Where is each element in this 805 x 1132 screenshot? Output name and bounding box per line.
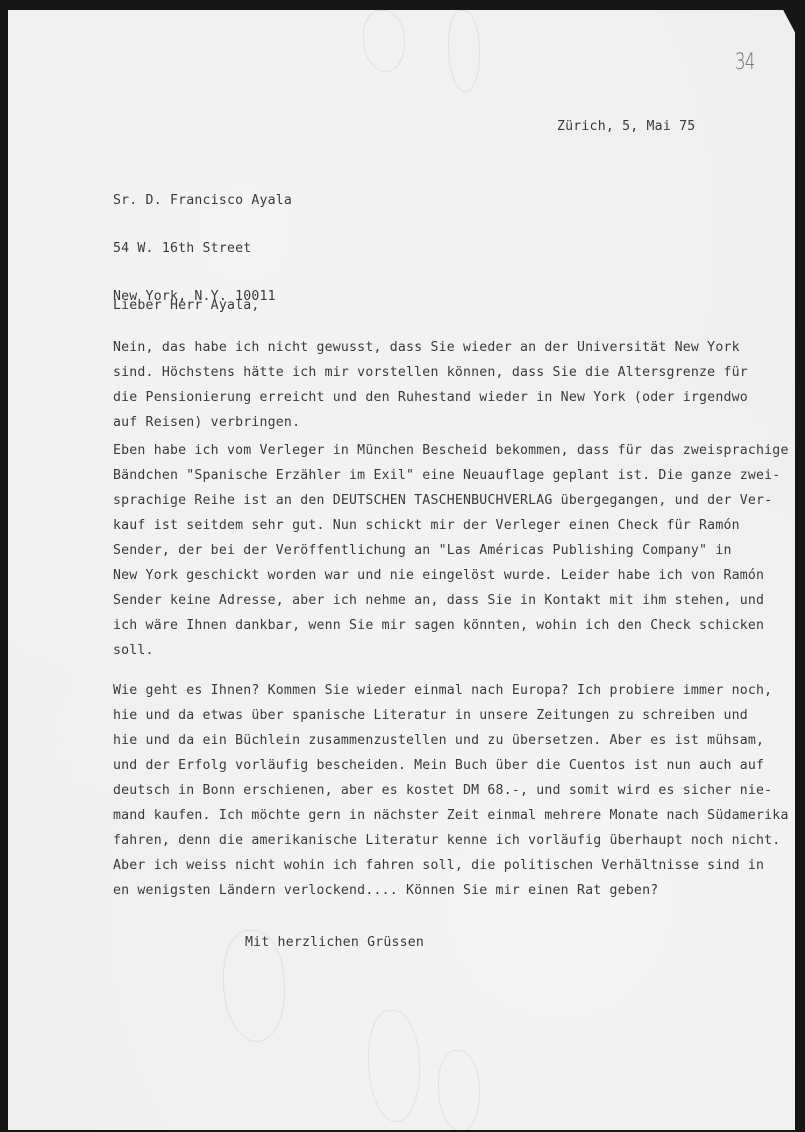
handwritten-page-number: 34 [735, 50, 755, 75]
bleed-through-mark [448, 10, 480, 92]
closing: Mit herzlichen Grüssen [245, 935, 424, 950]
bleed-through-mark [368, 1010, 420, 1122]
text-line: Sender keine Adresse, aber ich nehme an,… [113, 588, 789, 613]
text-line: auf Reisen) verbringen. [113, 410, 748, 435]
text-line: mand kaufen. Ich möchte gern in nächster… [113, 803, 789, 828]
bleed-through-mark [438, 1050, 480, 1132]
text-line: die Pensionierung erreicht und den Ruhes… [113, 385, 748, 410]
text-line: sind. Höchstens hätte ich mir vorstellen… [113, 360, 748, 385]
text-line: en wenigsten Ländern verlockend.... Könn… [113, 878, 789, 903]
text-line: Nein, das habe ich nicht gewusst, dass S… [113, 335, 748, 360]
paragraph-3: Wie geht es Ihnen? Kommen Sie wieder ein… [113, 678, 789, 903]
text-line: hie und da ein Büchlein zusammenzustelle… [113, 728, 789, 753]
text-line: sprachige Reihe ist an den DEUTSCHEN TAS… [113, 488, 789, 513]
text-line: Wie geht es Ihnen? Kommen Sie wieder ein… [113, 678, 789, 703]
text-line: kauf ist seitdem sehr gut. Nun schickt m… [113, 513, 789, 538]
dateline: Zürich, 5, Mai 75 [557, 119, 695, 134]
paragraph-1: Nein, das habe ich nicht gewusst, dass S… [113, 335, 748, 435]
text-line: und der Erfolg vorläufig bescheiden. Mei… [113, 753, 789, 778]
text-line: New York geschickt worden war und nie ei… [113, 563, 789, 588]
recipient-name: Sr. D. Francisco Ayala [113, 192, 292, 210]
bleed-through-mark [363, 10, 405, 72]
text-line: soll. [113, 638, 789, 663]
recipient-street: 54 W. 16th Street [113, 240, 292, 258]
text-line: Sender, der bei der Veröffentlichung an … [113, 538, 789, 563]
paragraph-2: Eben habe ich vom Verleger in München Be… [113, 438, 789, 663]
text-line: ich wäre Ihnen dankbar, wenn Sie mir sag… [113, 613, 789, 638]
text-line: Aber ich weiss nicht wohin ich fahren so… [113, 853, 789, 878]
salutation: Lieber Herr Ayala, [113, 298, 260, 313]
text-line: fahren, denn die amerikanische Literatur… [113, 828, 789, 853]
text-line: Bändchen "Spanische Erzähler im Exil" ei… [113, 463, 789, 488]
text-line: deutsch in Bonn erschienen, aber es kost… [113, 778, 789, 803]
text-line: hie und da etwas über spanische Literatu… [113, 703, 789, 728]
text-line: Eben habe ich vom Verleger in München Be… [113, 438, 789, 463]
